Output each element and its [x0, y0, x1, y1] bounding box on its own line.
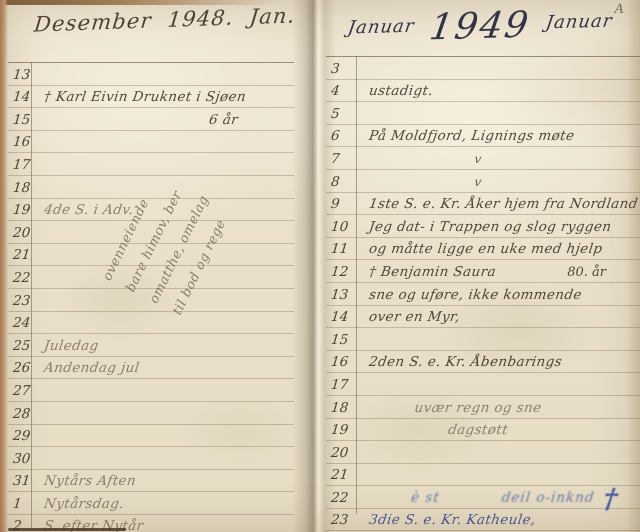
diary-row: 15: [326, 327, 640, 350]
diary-row: 26Andendag jul: [8, 356, 294, 379]
day-number: 23: [325, 511, 357, 530]
diary-row: 8v: [326, 169, 640, 192]
day-number: 24: [7, 314, 32, 333]
day-number: 16: [7, 133, 32, 152]
ditto-mark: v: [355, 150, 640, 169]
entry-text: over en Myr,: [355, 308, 640, 327]
entry-text: ustadigt.: [355, 82, 640, 101]
diary-row: 12† Benjamin Saura80. år: [326, 259, 640, 282]
day-number: 22: [325, 489, 357, 508]
diary-row: 1Nytårsdag.: [8, 491, 294, 514]
day-number: 15: [325, 331, 357, 350]
diary-row: 16: [8, 130, 294, 153]
entry-text: Nytårs Aften: [30, 472, 296, 491]
entry-text: 3die S. e. Kr. Katheule,: [355, 511, 640, 530]
day-number: 3: [325, 60, 357, 79]
day-number: 6: [325, 127, 357, 146]
diary-row: 13: [8, 62, 294, 85]
day-number: 18: [325, 399, 357, 418]
diary-row: 14† Karl Eivin Druknet i Sjøen: [8, 85, 294, 108]
ditto-mark: v: [355, 173, 640, 192]
day-number: 19: [325, 421, 357, 440]
entry-text: 2den S. e. Kr. Åbenbarings: [355, 353, 640, 372]
entry-text: † Benjamin Saura: [355, 263, 569, 282]
diary-scan: Desember 1948. Jan. 1314† Karl Eivin Dru…: [0, 0, 640, 532]
right-margin-rule: [356, 56, 357, 514]
diary-row: 20: [326, 440, 640, 463]
diary-row: 30: [8, 446, 294, 469]
ink-transfer-smudge: deil o-inknd: [500, 489, 595, 508]
month-label-right: Januar: [544, 10, 614, 33]
diary-row: 18uvær regn og sne: [326, 395, 640, 418]
diary-row: 10Jeg dat- i Trappen og slog ryggen: [326, 214, 640, 237]
day-number: 30: [7, 450, 32, 469]
day-number: 13: [325, 286, 357, 305]
diary-row: 233die S. e. Kr. Katheule,: [326, 508, 640, 532]
diary-row: 7v: [326, 146, 640, 169]
day-number: 17: [7, 156, 32, 175]
diary-row: 4ustadigt.: [326, 79, 640, 102]
day-number: 23: [7, 292, 32, 311]
page-december-1948: Desember 1948. Jan. 1314† Karl Eivin Dru…: [8, 0, 294, 532]
year-label: 1949: [427, 5, 533, 49]
diary-row: 27: [8, 378, 294, 401]
day-number: 11: [325, 240, 357, 259]
diary-row: 22è stdeil o-inknd†: [326, 485, 640, 508]
entry-text: sne og uføre, ikke kommende: [355, 286, 640, 305]
day-number: 26: [7, 359, 32, 378]
day-number: 21: [325, 466, 357, 485]
entry-text: Nytårsdag.: [30, 495, 296, 514]
entry-text: † Karl Eivin Druknet i Sjøen: [30, 88, 296, 107]
day-number: 14: [325, 308, 357, 327]
blue-ink-cross-mark: †: [602, 492, 619, 508]
diary-row: 31Nytårs Aften: [8, 469, 294, 492]
day-number: 9: [325, 195, 357, 214]
day-number: 22: [7, 269, 32, 288]
diary-row: 21: [326, 463, 640, 486]
day-number: 28: [7, 405, 32, 424]
month-label-left: Januar: [346, 16, 416, 39]
day-number: 31: [7, 472, 32, 491]
day-number: 14: [7, 88, 32, 107]
diary-row: 156 år: [8, 107, 294, 130]
entry-text: 1ste S. e. Kr. Åker hjem fra Nordland: [355, 195, 640, 214]
entry-text: og måtte ligge en uke med hjelp: [355, 240, 640, 259]
right-page-title: Januar 1949 Januar: [348, 3, 614, 51]
day-number: 25: [7, 337, 32, 356]
left-page-title: Desember 1948. Jan.: [33, 3, 297, 36]
entry-text: Jeg dat- i Trappen og slog ryggen: [355, 218, 640, 237]
right-page-rows: 34ustadigt.56På Moldfjord, Lignings møte…: [326, 56, 640, 531]
entry-text: è stdeil o-inknd†: [355, 489, 640, 508]
entry-text: 6 år: [30, 111, 296, 130]
day-number: 17: [325, 376, 357, 395]
day-number: 20: [7, 224, 32, 243]
book-bottom-edge: [8, 528, 126, 531]
day-number: 12: [325, 263, 357, 282]
day-number: 21: [7, 246, 32, 265]
corner-pencil-mark: A: [615, 2, 624, 17]
day-number: 8: [325, 173, 357, 192]
day-number: 20: [325, 444, 357, 463]
diary-row: 14over en Myr,: [326, 305, 640, 328]
day-number: 16: [325, 353, 357, 372]
diary-row: 162den S. e. Kr. Åbenbarings: [326, 350, 640, 373]
day-number: 7: [325, 150, 357, 169]
day-number: 10: [325, 218, 357, 237]
diary-row: 17: [326, 372, 640, 395]
diary-row: 28: [8, 401, 294, 424]
entry-text: uvær regn og sne: [355, 399, 640, 418]
diary-row: 19dagstøtt: [326, 418, 640, 441]
diary-row: 6På Moldfjord, Lignings møte: [326, 124, 640, 147]
day-number: 13: [7, 66, 32, 85]
left-margin-rule: [31, 62, 32, 528]
page-january-1949: Januar 1949 Januar 34ustadigt.56På Moldf…: [326, 0, 640, 532]
day-number: 29: [7, 427, 32, 446]
diary-row: 3: [326, 56, 640, 79]
day-number: 18: [7, 179, 32, 198]
day-number: 15: [7, 111, 32, 130]
diary-row: 25Juledag: [8, 333, 294, 356]
diary-row: 24: [8, 311, 294, 334]
ink-transfer-smudge: è st: [410, 489, 441, 508]
diary-row: 13sne og uføre, ikke kommende: [326, 282, 640, 305]
entry-text: Andendag jul: [30, 359, 296, 378]
age-note: 80. år: [567, 263, 640, 282]
day-number: 19: [7, 201, 32, 220]
diary-row: 11og måtte ligge en uke med hjelp: [326, 237, 640, 260]
day-number: 4: [325, 82, 357, 101]
entry-text: dagstøtt: [355, 421, 640, 440]
entry-text: Juledag: [30, 337, 296, 356]
day-number: 5: [325, 105, 357, 124]
day-number: 27: [7, 382, 32, 401]
diary-row: 5: [326, 101, 640, 124]
entry-text: På Moldfjord, Lignings møte: [355, 127, 640, 146]
diary-row: 29: [8, 424, 294, 447]
day-number: 1: [7, 495, 32, 514]
diary-row: 91ste S. e. Kr. Åker hjem fra Nordland: [326, 192, 640, 215]
